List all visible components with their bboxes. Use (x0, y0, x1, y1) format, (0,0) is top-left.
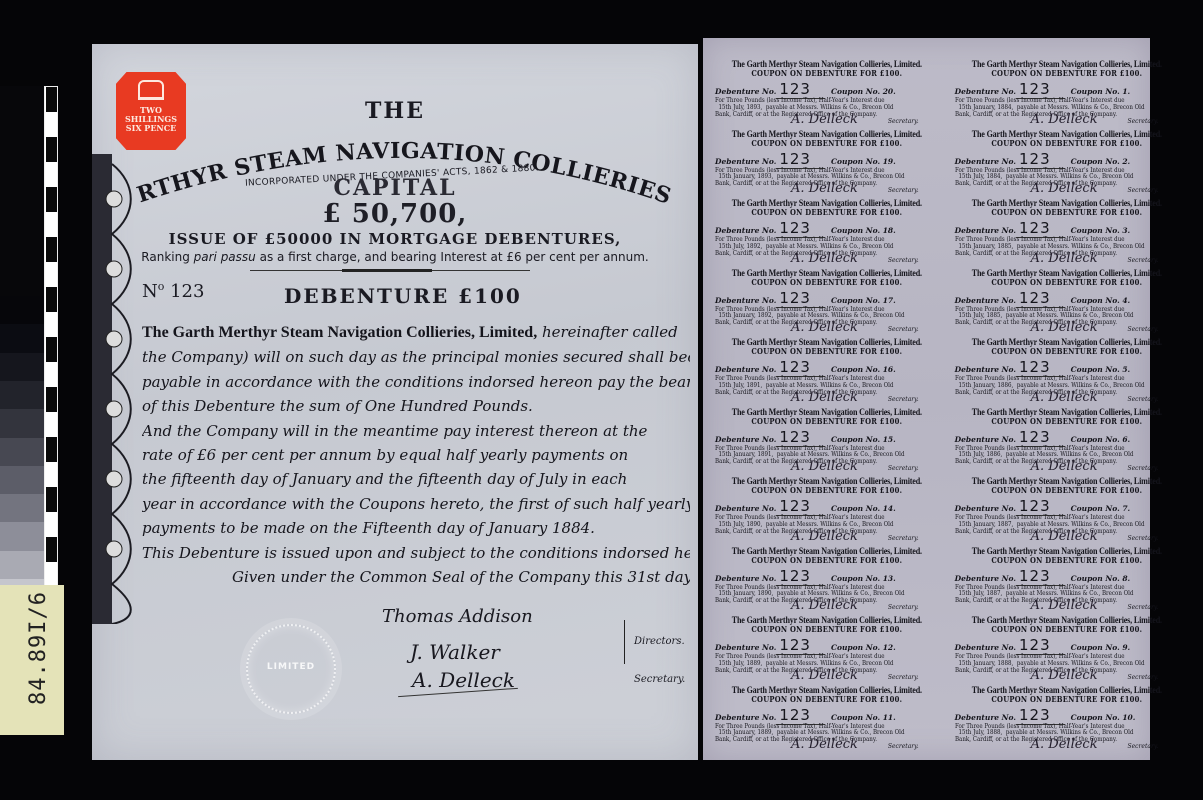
grey-step (0, 551, 44, 580)
coupon: The Garth Merthyr Steam Navigation Colli… (715, 616, 939, 686)
scale-segment (46, 487, 57, 512)
coupon-subtitle: COUPON ON DEBENTURE FOR £100. (977, 139, 1156, 149)
coupon-numbers: Debenture No.123Coupon No. 12. (715, 636, 939, 654)
scale-segment (46, 237, 57, 262)
director-signature-1: Thomas Addison (382, 606, 533, 627)
scale-segment (46, 537, 57, 562)
coupon-number: 11. (883, 713, 896, 722)
debenture-title: DEBENTURE £100 (284, 284, 522, 308)
grey-step (0, 522, 44, 551)
debenture-body: The Garth Merthyr Steam Navigation Colli… (142, 320, 690, 589)
coupon-number: 9. (1122, 643, 1130, 652)
coupon-due-date: 15th July, 1885, (958, 312, 1002, 319)
coupon-subtitle: COUPON ON DEBENTURE FOR £100. (977, 347, 1156, 357)
coupon-number: 20. (883, 87, 896, 96)
coupon-subtitle: COUPON ON DEBENTURE FOR £100. (737, 347, 916, 357)
coupon-subtitle: COUPON ON DEBENTURE FOR £100. (977, 625, 1156, 635)
coupon-due-date: 15th July, 1893, (719, 104, 763, 111)
coupon-secretary-signature: A. Delleck (791, 251, 858, 266)
coupon-secretary-label: Secretary. (1128, 118, 1159, 125)
coupon-numbers: Debenture No.123Coupon No. 16. (715, 358, 939, 376)
coupon: The Garth Merthyr Steam Navigation Colli… (715, 547, 939, 617)
coupon-secretary-label: Secretary. (888, 604, 919, 611)
coupon-secretary-signature: A. Delleck (1031, 181, 1098, 196)
coupon-secretary-label: Secretary. (1128, 187, 1159, 194)
coupon: The Garth Merthyr Steam Navigation Colli… (715, 199, 939, 269)
coupon-secretary-label: Secretary. (1128, 326, 1159, 333)
coupon-numbers: Debenture No.123Coupon No. 14. (715, 497, 939, 515)
coupon-secretary-label: Secretary. (888, 743, 919, 750)
coupon-numbers: Debenture No.123Coupon No. 4. (955, 289, 1179, 307)
coupon-number: 4. (1122, 296, 1130, 305)
coupon: The Garth Merthyr Steam Navigation Colli… (955, 269, 1179, 339)
coupon-number: 7. (1122, 504, 1130, 513)
coupon: The Garth Merthyr Steam Navigation Colli… (955, 408, 1179, 478)
coupon-secretary-label: Secretary. (1128, 743, 1159, 750)
coupon-due-date: 15th January, 1891, (719, 451, 774, 458)
coupon-numbers: Debenture No.123Coupon No. 19. (715, 150, 939, 168)
coupon: The Garth Merthyr Steam Navigation Colli… (955, 477, 1179, 547)
coupon-subtitle: COUPON ON DEBENTURE FOR £100. (977, 417, 1156, 427)
coupon-numbers: Debenture No.123Coupon No. 6. (955, 428, 1179, 446)
capital-label: CAPITAL (92, 175, 698, 201)
embossed-seal: LIMITED (246, 624, 336, 714)
coupon-subtitle: COUPON ON DEBENTURE FOR £100. (977, 695, 1156, 705)
issue-line: ISSUE OF £50000 IN MORTGAGE DEBENTURES, (92, 230, 698, 248)
scale-segment (46, 137, 57, 162)
coupon: The Garth Merthyr Steam Navigation Colli… (955, 199, 1179, 269)
coupon-secretary-signature: A. Delleck (1031, 668, 1098, 683)
coupon-secretary-label: Secretary. (1128, 396, 1159, 403)
scale-segment (46, 287, 57, 312)
coupon-secretary-signature: A. Delleck (791, 390, 858, 405)
coupon: The Garth Merthyr Steam Navigation Colli… (955, 130, 1179, 200)
grey-step (0, 494, 44, 523)
grey-step (0, 381, 44, 410)
coupon-due-date: 15th July, 1884, (958, 173, 1002, 180)
coupon-secretary-signature: A. Delleck (791, 529, 858, 544)
coupon-due-date: 15th July, 1888, (958, 729, 1002, 736)
coupon-due-date: 15th January, 1887, (958, 521, 1013, 528)
coupon: The Garth Merthyr Steam Navigation Colli… (955, 686, 1179, 756)
coupon-numbers: Debenture No.123Coupon No. 11. (715, 706, 939, 724)
coupon-subtitle: COUPON ON DEBENTURE FOR £100. (977, 486, 1156, 496)
coupon-due-date: 15th January, 1888, (958, 660, 1013, 667)
coupon: The Garth Merthyr Steam Navigation Colli… (715, 477, 939, 547)
coupon-secretary-label: Secretary. (888, 326, 919, 333)
coupon-secretary-signature: A. Delleck (1031, 598, 1098, 613)
coupon-sheet: The Garth Merthyr Steam Navigation Colli… (703, 38, 1150, 760)
secretary-label: Secretary. (634, 674, 685, 685)
centimetre-scale: CM. (44, 86, 58, 664)
coupon-number: 18. (883, 226, 896, 235)
coupon: The Garth Merthyr Steam Navigation Colli… (715, 269, 939, 339)
coupon-subtitle: COUPON ON DEBENTURE FOR £100. (737, 486, 916, 496)
capital-amount: £ 50,700, (92, 199, 698, 229)
coupon-secretary-signature: A. Delleck (791, 320, 858, 335)
coupon-number: 10. (1122, 713, 1135, 722)
coupon-numbers: Debenture No.123Coupon No. 8. (955, 567, 1179, 585)
coupon-subtitle: COUPON ON DEBENTURE FOR £100. (737, 556, 916, 566)
coupon-secretary-label: Secretary. (1128, 604, 1159, 611)
coupon-due-date: 15th July, 1887, (958, 590, 1002, 597)
director-signature-2: J. Walker (410, 640, 500, 664)
coupon-number: 5. (1122, 365, 1130, 374)
coupon-secretary-label: Secretary. (888, 257, 919, 264)
greyscale-card (0, 86, 44, 664)
coupon-due-date: 15th July, 1890, (719, 521, 763, 528)
coupon-due-date: 15th January, 1885, (958, 243, 1013, 250)
coupon-subtitle: COUPON ON DEBENTURE FOR £100. (737, 208, 916, 218)
coupon-due-date: 15th January, 1893, (719, 173, 774, 180)
coupon-due-date: 15th January, 1884, (958, 104, 1013, 111)
coupon-secretary-label: Secretary. (1128, 674, 1159, 681)
coupon-numbers: Debenture No.123Coupon No. 7. (955, 497, 1179, 515)
debenture-page: TWO SHILLINGS SIX PENCE THE GARTH MERTHY… (92, 44, 698, 760)
coupon-secretary-label: Secretary. (1128, 257, 1159, 264)
directors-label: Directors. (634, 636, 685, 647)
coupon-secretary-signature: A. Delleck (791, 598, 858, 613)
coupon-subtitle: COUPON ON DEBENTURE FOR £100. (977, 278, 1156, 288)
coupon-secretary-signature: A. Delleck (1031, 737, 1098, 752)
ranking-line: Ranking pari passu as a first charge, an… (92, 250, 698, 264)
coupon-number: 12. (883, 643, 896, 652)
coupon-due-date: 15th January, 1886, (958, 382, 1013, 389)
grey-step (0, 438, 44, 467)
coupon-due-date: 15th January, 1892, (719, 312, 774, 319)
coupon-secretary-label: Secretary. (888, 187, 919, 194)
header-the: THE (92, 98, 698, 124)
coupon-secretary-signature: A. Delleck (791, 181, 858, 196)
coupon: The Garth Merthyr Steam Navigation Colli… (955, 338, 1179, 408)
coupon-subtitle: COUPON ON DEBENTURE FOR £100. (737, 69, 916, 79)
coupon-number: 1. (1122, 87, 1130, 96)
debenture-number: No 123 (142, 280, 204, 302)
coupon-numbers: Debenture No.123Coupon No. 13. (715, 567, 939, 585)
coupon-numbers: Debenture No.123Coupon No. 9. (955, 636, 1179, 654)
coupon-due-date: 15th July, 1891, (719, 382, 763, 389)
coupon-number: 6. (1122, 435, 1130, 444)
coupon-secretary-label: Secretary. (888, 674, 919, 681)
coupon-secretary-signature: A. Delleck (1031, 251, 1098, 266)
crown-icon (138, 80, 164, 100)
coupon-number: 19. (883, 157, 896, 166)
coupon-secretary-signature: A. Delleck (1031, 320, 1098, 335)
coupon: The Garth Merthyr Steam Navigation Colli… (955, 547, 1179, 617)
coupon-subtitle: COUPON ON DEBENTURE FOR £100. (737, 139, 916, 149)
coupon-secretary-label: Secretary. (888, 535, 919, 542)
scale-segment (46, 437, 57, 462)
coupon-due-date: 15th July, 1886, (958, 451, 1002, 458)
coupon-numbers: Debenture No.123Coupon No. 20. (715, 80, 939, 98)
coupon: The Garth Merthyr Steam Navigation Colli… (955, 60, 1179, 130)
coupon-numbers: Debenture No.123Coupon No. 15. (715, 428, 939, 446)
coupon-number: 3. (1122, 226, 1130, 235)
coupon-numbers: Debenture No.123Coupon No. 17. (715, 289, 939, 307)
coupon-numbers: Debenture No.123Coupon No. 18. (715, 219, 939, 237)
coupon-due-date: 15th January, 1889, (719, 729, 774, 736)
coupon-secretary-signature: A. Delleck (1031, 112, 1098, 127)
coupon-numbers: Debenture No.123Coupon No. 5. (955, 358, 1179, 376)
coupon-secretary-signature: A. Delleck (1031, 529, 1098, 544)
grey-step (0, 353, 44, 382)
coupon-subtitle: COUPON ON DEBENTURE FOR £100. (977, 208, 1156, 218)
brace (624, 620, 630, 664)
scale-segment (46, 87, 57, 112)
coupon-secretary-signature: A. Delleck (1031, 459, 1098, 474)
coupon: The Garth Merthyr Steam Navigation Colli… (715, 686, 939, 756)
coupon-subtitle: COUPON ON DEBENTURE FOR £100. (737, 417, 916, 427)
coupon: The Garth Merthyr Steam Navigation Colli… (715, 338, 939, 408)
grey-step (0, 466, 44, 495)
scale-segment (46, 337, 57, 362)
coupon-secretary-label: Secretary. (1128, 465, 1159, 472)
coupon-number: 14. (883, 504, 896, 513)
coupon-secretary-label: Secretary. (1128, 535, 1159, 542)
coupon-subtitle: COUPON ON DEBENTURE FOR £100. (737, 278, 916, 288)
coupon-secretary-label: Secretary. (888, 118, 919, 125)
grey-step (0, 324, 44, 353)
coupon-grid: The Garth Merthyr Steam Navigation Colli… (715, 60, 1145, 755)
coupon: The Garth Merthyr Steam Navigation Colli… (715, 408, 939, 478)
coupon-numbers: Debenture No.123Coupon No. 3. (955, 219, 1179, 237)
scale-segment (46, 187, 57, 212)
coupon-due-date: 15th January, 1890, (719, 590, 774, 597)
coupon: The Garth Merthyr Steam Navigation Colli… (715, 130, 939, 200)
grey-step (0, 296, 44, 325)
coupon-numbers: Debenture No.123Coupon No. 10. (955, 706, 1179, 724)
coupon-due-date: 15th July, 1889, (719, 660, 763, 667)
grey-step (0, 409, 44, 438)
coupon-number: 16. (883, 365, 896, 374)
coupon-number: 8. (1122, 574, 1130, 583)
coupon-secretary-signature: A. Delleck (791, 737, 858, 752)
accession-number: 84.89I/6 (26, 591, 51, 705)
coupon: The Garth Merthyr Steam Navigation Colli… (715, 60, 939, 130)
coupon-number: 17. (883, 296, 896, 305)
scale-segment (46, 387, 57, 412)
divider (342, 269, 432, 272)
coupon-subtitle: COUPON ON DEBENTURE FOR £100. (977, 69, 1156, 79)
coupon-number: 15. (883, 435, 896, 444)
coupon-secretary-signature: A. Delleck (791, 459, 858, 474)
coupon-subtitle: COUPON ON DEBENTURE FOR £100. (977, 556, 1156, 566)
coupon-secretary-signature: A. Delleck (791, 668, 858, 683)
coupon-subtitle: COUPON ON DEBENTURE FOR £100. (737, 695, 916, 705)
coupon-secretary-signature: A. Delleck (1031, 390, 1098, 405)
coupon: The Garth Merthyr Steam Navigation Colli… (955, 616, 1179, 686)
coupon-number: 2. (1122, 157, 1130, 166)
accession-label: 84.89I/6 (0, 585, 64, 735)
coupon-subtitle: COUPON ON DEBENTURE FOR £100. (737, 625, 916, 635)
coupon-number: 13. (883, 574, 896, 583)
coupon-secretary-label: Secretary. (888, 396, 919, 403)
coupon-numbers: Debenture No.123Coupon No. 1. (955, 80, 1179, 98)
coupon-numbers: Debenture No.123Coupon No. 2. (955, 150, 1179, 168)
coupon-due-date: 15th July, 1892, (719, 243, 763, 250)
coupon-secretary-signature: A. Delleck (791, 112, 858, 127)
coupon-secretary-label: Secretary. (888, 465, 919, 472)
